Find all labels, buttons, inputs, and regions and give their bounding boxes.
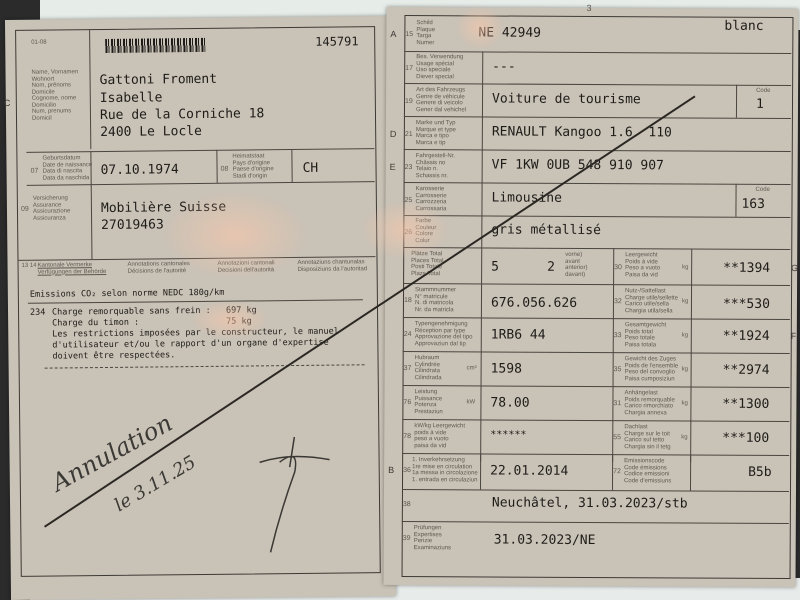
matriculation-label: Stammnummer N° matricule N. di matricola… <box>415 287 456 313</box>
roof-load-label: Dachlast Charge sur le toit Carico sul t… <box>624 424 670 450</box>
right-page: 3 A 15 Schild Plaque Targa Numer NE 4294… <box>383 7 798 587</box>
seats-total: 5 <box>491 259 499 274</box>
seats-front-label: vorne) avant anterior) davant) <box>565 252 587 278</box>
unit: kg <box>682 264 688 271</box>
combination-weight-label: Gewicht des Zuges Poids de l'ensemble Pe… <box>625 356 679 382</box>
unit: cm³ <box>467 365 477 372</box>
field-number: 07 <box>31 168 39 175</box>
authority-header-rm: Annotaziuns chantunalas Disposiziuns da … <box>298 259 368 273</box>
plate-color: blanc <box>724 19 763 34</box>
side-letter: A <box>390 29 396 39</box>
holder-labels: Name, Vornamen Wohnort Nom, prénoms Domi… <box>31 69 78 121</box>
divider <box>736 85 737 118</box>
empty-weight-label: Leergewicht Poids à vide Peso a vuoto Pa… <box>625 252 660 278</box>
body-code: 163 <box>741 197 765 212</box>
glare <box>455 5 505 50</box>
power: 78.00 <box>490 395 529 410</box>
glare <box>160 190 310 280</box>
vehicle-type-label: Art des Fahrzeugs Genre de véhicule Gene… <box>416 87 466 113</box>
field-number: 19 <box>405 98 413 105</box>
unit: kg <box>682 298 688 305</box>
power-label: Leistung Puissance Potenza Prestaziun <box>414 389 442 415</box>
vehicle-type: Voiture de tourisme <box>492 91 641 107</box>
special-use-label: Bes. Verwendung Usage spécial Uso specia… <box>416 54 463 80</box>
holder-street: Rue de la Corniche 18 <box>100 106 265 123</box>
field-number: 39 <box>403 535 411 542</box>
body-type: Limousine <box>491 190 562 205</box>
side-letter-c: C <box>4 98 11 108</box>
displacement: 1598 <box>491 361 522 376</box>
remarks-code: 234 <box>30 308 45 318</box>
emission-code-label: Emissionscode Code émissions Codice emis… <box>624 458 671 484</box>
field-number: 23 <box>405 164 413 171</box>
unit: kg <box>681 434 687 441</box>
type-approval-label: Typengenehmigung Réception par type Appr… <box>415 321 473 347</box>
side-letter: E <box>390 162 396 172</box>
divider <box>735 184 736 217</box>
document-number: 145791 <box>315 34 359 48</box>
authority-header-de: Kantonale Vermerke Verfügungen der Behör… <box>38 262 107 276</box>
origin-label: Heimatstaat Pays d'origine Paese d'origi… <box>232 153 273 179</box>
special-use-value: --- <box>492 59 516 74</box>
field-number: 78 <box>403 433 411 440</box>
page-code: 01-08 <box>31 40 46 47</box>
field-number: 55 <box>613 434 621 441</box>
field-number: 36 <box>403 467 411 474</box>
power-weight-label: kW/kg Leergewicht poids à vide peso a vu… <box>414 423 465 449</box>
field-number: 37 <box>404 365 412 372</box>
field-number: 08 <box>221 166 229 173</box>
field-number: 21 <box>405 131 413 138</box>
divider <box>480 453 481 489</box>
side-letter: G <box>791 263 798 273</box>
total-weight: **1924 <box>723 329 770 344</box>
issue-place-date: Neuchâtel, 31.03.2023/stb <box>492 495 688 511</box>
vehicle-color: gris métallisé <box>491 222 601 238</box>
glare <box>360 200 450 260</box>
side-letter: D <box>390 129 397 139</box>
type-approval: 1RB6 44 <box>491 327 546 342</box>
vehicle-type-code: 1 <box>756 97 764 112</box>
towing-capacity: **1300 <box>722 397 769 412</box>
towing-capacity-label: Anhängelast Poids remorquable Carico rim… <box>624 390 675 416</box>
signature-icon <box>249 432 340 563</box>
side-letter: B <box>388 465 394 475</box>
payload: ***530 <box>723 297 770 312</box>
barcode <box>105 38 205 53</box>
code-label: Code <box>756 187 770 194</box>
field-number: 17 <box>405 65 413 72</box>
page-number: 3 <box>586 3 591 13</box>
emission-code: B5b <box>748 465 772 480</box>
unit: kg <box>682 366 688 373</box>
holder-first-name: Isabelle <box>100 90 163 106</box>
displacement-label: Hubraum Cylindrée Cilindrata Cilindrada <box>415 355 442 381</box>
birth-date-label: Geburtsdatum Date de naissance Data di n… <box>42 155 92 182</box>
unit: kW <box>466 399 475 406</box>
remark-line: doivent être respectées. <box>52 350 175 361</box>
field-number: 18 <box>404 297 412 304</box>
unit: kg <box>681 400 687 407</box>
total-weight-label: Gesamtgewicht Poids total Peso totale Pa… <box>625 322 666 348</box>
field-number: 30 <box>614 264 622 271</box>
first-registration-label: 1. Inverkehrsetzung 1re mise en circulat… <box>412 457 478 483</box>
matriculation-number: 676.056.626 <box>491 295 577 310</box>
power-weight-ratio: ****** <box>490 429 526 440</box>
chassis-number: VF 1KW 0UB 548 910 907 <box>492 157 664 173</box>
unit: kg <box>682 332 688 339</box>
first-registration: 22.01.2014 <box>490 463 568 478</box>
field-number: 31 <box>613 400 621 407</box>
field-number: 33 <box>614 332 622 339</box>
chassis-label: Fahrgestell-Nr. Châssis no Telaio n. Sch… <box>416 153 455 179</box>
field-number: 32 <box>614 298 622 305</box>
field-number: 35 <box>614 366 622 373</box>
insurance-label: Versicherung Assurance Assicurazione Ass… <box>33 195 71 221</box>
roof-load: ***100 <box>722 431 769 446</box>
holder-city: 2400 Le Locle <box>100 124 202 140</box>
field-number: 13 14 <box>22 263 37 270</box>
holder-surname: Gattoni Froment <box>100 72 218 88</box>
field-number: 15 <box>405 31 413 38</box>
empty-weight: **1394 <box>723 261 770 276</box>
glare <box>190 300 270 340</box>
make-type-label: Marke und Typ Marque et type Marca e tip… <box>416 120 456 146</box>
field-number: 38 <box>403 501 411 508</box>
side-letter: F <box>791 331 797 341</box>
divider <box>690 455 691 491</box>
origin-country: CH <box>302 161 318 176</box>
field-number: 24 <box>404 331 412 338</box>
plate-label: Schild Plaque Targa Numer <box>416 20 435 46</box>
payload-label: Nutz-/Sattellast Charge utile/sellette C… <box>625 288 678 314</box>
field-number: 09 <box>21 206 29 213</box>
seats-front: 2 <box>547 260 555 275</box>
emissions-note: Emissions CO₂ selon norme NEDC 180g/km <box>30 288 225 300</box>
insurance-number: 27019463 <box>101 217 164 233</box>
field-number: 72 <box>613 468 621 475</box>
field-number: 76 <box>403 399 411 406</box>
birth-date: 07.10.1974 <box>100 162 178 178</box>
code-label: Code <box>756 88 770 95</box>
combination-weight: **2974 <box>723 363 770 378</box>
inspections-label: Prüfungen Expertises Perizie Examinaziun… <box>414 525 451 551</box>
inspection-date: 31.03.2023/NE <box>494 532 596 548</box>
